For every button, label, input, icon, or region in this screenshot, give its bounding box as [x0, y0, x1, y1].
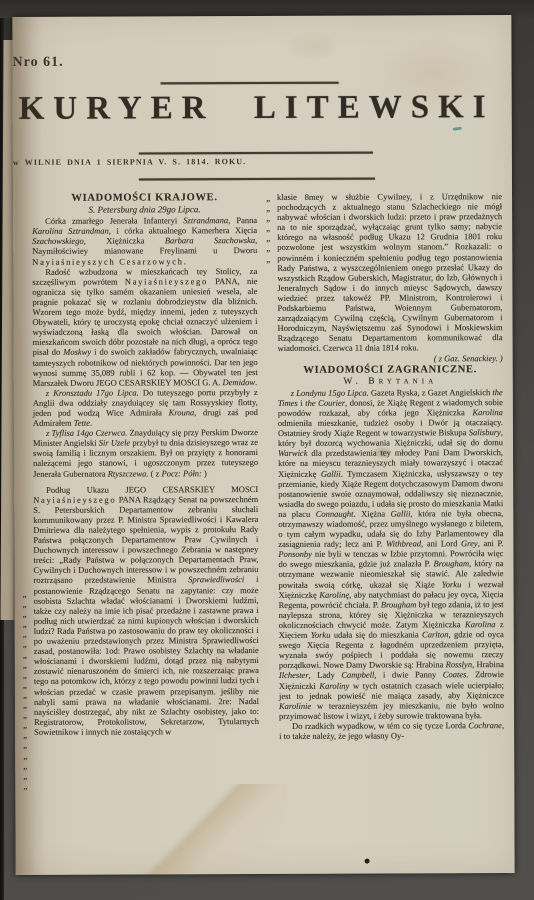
text-segment: , Xiężniczka [84, 236, 165, 246]
text-segment: . [90, 418, 92, 428]
text-segment: Moskwy [63, 347, 91, 357]
text-segment: Sztrandmana [183, 215, 228, 225]
article-paragraph: Córka zmarłego Jenerała Infanteryi Sztra… [32, 215, 257, 266]
margin-quote-glyph: „ [23, 771, 33, 781]
issue-number: Nro 61. [13, 53, 512, 71]
source-attribution: ( z Gaz. Senackiey. ) [278, 353, 503, 364]
text-segment: w teraznieyszém jey mieszkaniu, nie było… [279, 700, 504, 721]
text-segment: PANA, nie ogranicza się tylko samém okaz… [32, 276, 257, 358]
column-left: WIADOMOŚCI KRAJOWE.S. Petersburg dnia 29… [32, 192, 259, 737]
article-paragraph: Radość wzbudzona w mieszkańcach tey Stol… [32, 266, 257, 388]
article-paragraph: z Tyflisa 14go Czerwca. Znayduiący się p… [33, 427, 258, 478]
newspaper-title: KURYER LITEWSKI [13, 89, 512, 128]
text-segment: Carlton [422, 629, 448, 639]
text-segment: Gallii [391, 508, 411, 518]
text-segment: ) [202, 468, 207, 478]
margin-quote-glyph: „ [23, 589, 33, 599]
text-segment: Gallii [321, 468, 341, 478]
text-segment: Ponsonby [278, 549, 312, 559]
text-segment: Rosslyn [446, 660, 472, 670]
ink-mark [453, 127, 462, 131]
margin-quote-glyph: „ [23, 599, 33, 609]
text-segment: Karoliny [319, 680, 349, 690]
text-segment: Withbread [386, 539, 421, 549]
margin-quote-glyph: „ [23, 670, 33, 680]
margin-quote-glyph: „ [23, 781, 33, 791]
text-segment: Krouna [169, 407, 195, 417]
text-segment: the Courier [305, 398, 345, 408]
margin-quote-marks: „„„„„„„„„„„„„„„„„„„„ [23, 589, 34, 791]
text-segment: Barbara Szachowska [165, 235, 255, 245]
article-paragraph: Podług Ukazu JEGO CESARSKIEY MOSCI Nayia… [33, 484, 259, 737]
header-rule [139, 152, 373, 155]
text-segment: Yorku [442, 579, 462, 589]
margin-quote-glyph: „ [266, 254, 276, 264]
article-paragraph: Do rzadkich wypadkow, w tém co się tycze… [279, 720, 504, 741]
column-right: klasie 8mey w służbie Cywilney, i z Urzę… [277, 191, 504, 741]
scanner-background: Nro 61. KURYER LITEWSKI w WILNIE DNIA 1 … [0, 0, 534, 900]
article-paragraph: z Londynu 15go Lipca. Gazeta Ryska, z Ga… [278, 387, 504, 721]
text-segment: , i córka aktualnego Kamerhera Xięcia [109, 225, 257, 236]
margin-quote-marks: „„„„„„„ [266, 193, 276, 264]
margin-quote-glyph: „ [23, 720, 33, 730]
text-segment: Campbell [341, 670, 374, 680]
margin-quote-glyph: „ [266, 203, 276, 213]
margin-quote-glyph: „ [23, 660, 33, 670]
text-segment: Connaught [316, 509, 354, 519]
article-paragraph: klasie 8mey w służbie Cywilney, i z Urzę… [277, 191, 503, 353]
margin-quote-glyph: „ [23, 700, 33, 710]
text-segment: Karolina [465, 619, 495, 629]
margin-quote-glyph: „ [266, 233, 276, 243]
text-segment: z Tyflisa 14go Czerwca. [46, 428, 127, 438]
text-segment: udała się do mieszkania [330, 629, 422, 639]
article-paragraph: z Kronsztadu 17go Lipca. Do tuteyszego p… [33, 387, 258, 428]
text-segment: i postanowienie Rządzącego Senatu na zap… [34, 574, 260, 736]
text-segment: Nayiaśnieyszego [125, 276, 208, 286]
text-segment: PANA Rządzący Senat na powszechném S. Pe… [33, 494, 258, 586]
text-segment: Brougham [381, 599, 417, 609]
text-segment: , ani P. [478, 538, 504, 548]
text-segment: Karolina Sztrandman [32, 226, 109, 236]
margin-quote-glyph: „ [23, 609, 33, 619]
text-segment: . Xiężna [353, 508, 390, 518]
text-segment: Karolinę [319, 589, 349, 599]
text-segment: Córka zmarłego Jenerała Infanteryi [45, 215, 183, 226]
text-segment: , Hrabina [472, 659, 504, 669]
text-segment: Cochrane [468, 720, 502, 730]
margin-quote-glyph: „ [23, 639, 33, 649]
text-segment: Karolinie [279, 701, 311, 711]
header-rule [161, 82, 339, 85]
text-segment: Szachowskiego [32, 236, 84, 246]
text-segment: . [255, 377, 257, 387]
text-segment: Rtyszczewa [108, 468, 147, 478]
text-segment: , i dwie Panny [374, 670, 442, 680]
margin-quote-glyph: „ [23, 750, 33, 760]
margin-quote-glyph: „ [23, 649, 33, 659]
margin-quote-glyph: „ [23, 710, 33, 720]
text-segment: klasie 8mey w służbie Cywilney, i z Urzę… [277, 191, 503, 353]
section-heading: WIADOMOŚCI ZAGRANICZNE. [278, 365, 503, 376]
text-segment: Nayiaśnieyszych Cesarzowych [32, 256, 183, 267]
text-segment: Gazeta Ryska, z Gazet Angielskich [369, 387, 493, 397]
margin-quote-glyph: „ [23, 680, 33, 690]
article-dateline: S. Petersburg dnia 29go Lipca. [32, 204, 257, 215]
text-segment: Podług Ukazu JEGO CESARSKIEY MOSCI [46, 484, 258, 495]
text-segment: z Kronsztadu 17go Lipca. [46, 387, 139, 397]
text-segment: Grey [461, 538, 478, 548]
text-segment: Sprawiedliwości [188, 575, 244, 585]
text-segment: Warwick [278, 448, 307, 458]
text-segment: Coates [443, 670, 467, 680]
text-segment: , Lady [309, 670, 342, 680]
section-subheading: W. Brytania [278, 376, 503, 387]
margin-quote-glyph: „ [23, 619, 33, 629]
text-segment: Pocz: Półn: [161, 468, 201, 478]
text-segment: , Panna [228, 215, 257, 225]
ink-spot [365, 859, 370, 864]
edition-dateline: w WILNIE DNIA 1 SIERPNIA V. S. 1814. ROK… [13, 156, 512, 167]
text-segment: z Londynu 15go Lipca. [291, 387, 369, 397]
text-segment: Nayiaśnieyszego [33, 494, 116, 504]
text-segment: Demidow [222, 377, 255, 387]
margin-quote-glyph: „ [23, 730, 33, 740]
text-segment: Ilchester [279, 670, 309, 680]
margin-quote-glyph: „ [23, 629, 33, 639]
margin-quote-glyph: „ [23, 740, 33, 750]
header-rule [139, 178, 375, 181]
margin-quote-glyph: „ [23, 760, 33, 770]
margin-quote-glyph: „ [266, 193, 276, 203]
newspaper-page: Nro 61. KURYER LITEWSKI w WILNIE DNIA 1 … [12, 15, 514, 875]
text-segment: Yorku [311, 630, 331, 640]
text-segment: Salisbury [469, 427, 501, 437]
text-segment: . [184, 256, 186, 266]
water-stain [127, 784, 287, 875]
margin-quote-glyph: „ [266, 213, 276, 223]
text-segment: Tette [74, 418, 90, 428]
text-segment: Brougham [434, 559, 470, 569]
text-segment: Sir Uzele [99, 438, 131, 448]
margin-quote-glyph: „ [23, 690, 33, 700]
margin-quote-glyph: „ [266, 243, 276, 253]
text-segment: Do rzadkich wypadkow, w tém co się tycze… [292, 720, 468, 731]
text-segment: , ani Lord [421, 538, 461, 548]
margin-quote-glyph: „ [266, 223, 276, 233]
text-segment: . ( z [146, 468, 161, 478]
text-segment: Karolina [472, 407, 502, 417]
section-heading: WIADOMOŚCI KRAJOWE. [32, 193, 257, 204]
